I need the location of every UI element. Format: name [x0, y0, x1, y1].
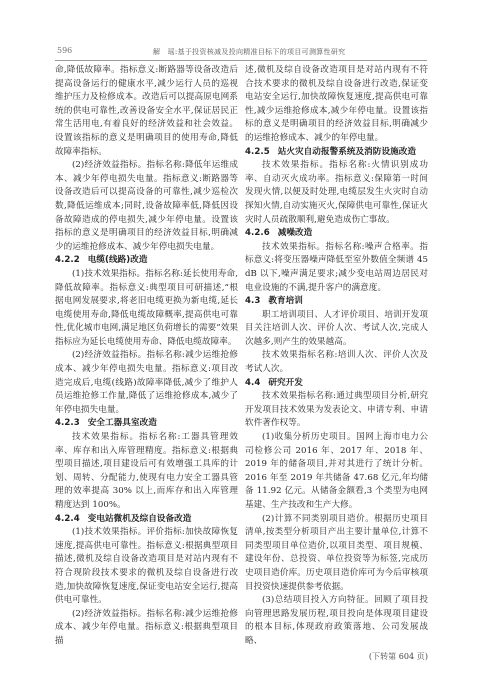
section-number: 4.2.4: [55, 514, 80, 524]
paragraph: 技术效果指标名称:培训人次、评价人次及考试人次。: [245, 349, 428, 376]
section-number: 4.3: [245, 296, 260, 306]
section-title: 安全工器具室改造: [88, 418, 157, 428]
paragraph: (1)收集分析历史项目。国网上海市电力公司检修公司 2016 年、2017 年、…: [245, 431, 428, 513]
running-title: 解 瑶:基于投资核减及投向精准目标下的项目可测算性研究: [153, 47, 345, 57]
section-number: 4.2.2: [55, 255, 80, 265]
section-heading-4-2-3: 4.2.3安全工器具室改造: [55, 417, 238, 431]
continued-note: (下转第 604 页): [245, 650, 428, 664]
section-heading-4-2-4: 4.2.4变电站微机及综自设备改造: [55, 513, 238, 527]
paragraph: 技术效果指标。指标名称:噪声合格率。指标意义:将变压器噪声降低至室外数值全频谱 …: [245, 241, 428, 295]
section-title: 研究开发: [268, 378, 303, 388]
paragraph: 述,微机及综自设备改造项目是对站内现有不符合技术要求的微机及综自设备进行改造,保…: [245, 64, 428, 146]
section-title: 教育培训: [268, 296, 303, 306]
paragraph: 技术效果指标名称:通过典型项目分析,研究开发项目技术效果为发表论文、申请专利、申…: [245, 390, 428, 431]
paragraph: 命,降低故障率。指标意义:断路器等设备改造后提高设备运行的健康水平,减少运行人员…: [55, 64, 238, 159]
page-number: 596: [57, 46, 72, 55]
paragraph: (2)经济效益指标。指标名称:减少运维抢修成本、减少年停电量。指标意义:根据典型…: [55, 608, 238, 649]
paragraph: 技术效果指标。指标名称:工器具管理效率、库存和出入库管理精度。指标意义:根据典型…: [55, 431, 238, 513]
paragraph: 技术效果指标。指标名称:火情识别成功率、自动灭火成功率。指标意义:保障第一时间发…: [245, 159, 428, 227]
page-header: 596 解 瑶:基于投资核减及投向精准目标下的项目可测算性研究: [55, 44, 427, 58]
section-title: 变电站微机及综自设备改造: [88, 514, 192, 524]
paragraph: (2)经济效益指标。指标名称:降低年运维成本、减少年停电损失电量。指标意义:断路…: [55, 159, 238, 254]
section-number: 4.4: [245, 378, 260, 388]
paragraph: (3)总结项目投入方向特征。回顾了项目投向管理思路发展历程,项目投向是体现项目建…: [245, 594, 428, 648]
paragraph: (2)经济效益指标。指标名称:减少运维抢修成本、减少年停电损失电量。指标意义:项…: [55, 349, 238, 417]
section-title: 减噪改造: [278, 228, 313, 238]
section-heading-4-2-6: 4.2.6减噪改造: [245, 227, 428, 241]
header-rule: [55, 60, 427, 61]
left-column: 命,降低故障率。指标意义:断路器等设备改造后提高设备运行的健康水平,减少运行人员…: [55, 64, 238, 649]
section-title: 站火灾自动报警系统及消防设施改造: [278, 147, 416, 157]
paragraph: 职工培训项目、人才评价项目、培训开发项目关注培训人次、评价人次、考试人次,完成人…: [245, 309, 428, 350]
paragraph: (1)技术效果指标。指标名称:延长使用寿命,降低故障率。指标意义:典型项目可研描…: [55, 268, 238, 350]
section-number: 4.2.5: [245, 147, 270, 157]
section-heading-4-4: 4.4研究开发: [245, 377, 428, 391]
paragraph: (1)技术效果指标。评价指标:加快故障恢复速度,提高供电可靠性。指标意义:根据典…: [55, 526, 238, 608]
section-number: 4.2.6: [245, 228, 270, 238]
section-title: 电缆(线路)改造: [88, 255, 148, 265]
section-number: 4.2.3: [55, 418, 80, 428]
section-heading-4-2-5: 4.2.5站火灾自动报警系统及消防设施改造: [245, 146, 428, 160]
section-heading-4-2-2: 4.2.2电缆(线路)改造: [55, 254, 238, 268]
paragraph: (2)计算不同类别项目造价。根据历史项目清单,按类型分析项目产出主要计量单位,计…: [245, 513, 428, 595]
right-column: 述,微机及综自设备改造项目是对站内现有不符合技术要求的微机及综自设备进行改造,保…: [245, 64, 428, 663]
section-heading-4-3: 4.3教育培训: [245, 295, 428, 309]
